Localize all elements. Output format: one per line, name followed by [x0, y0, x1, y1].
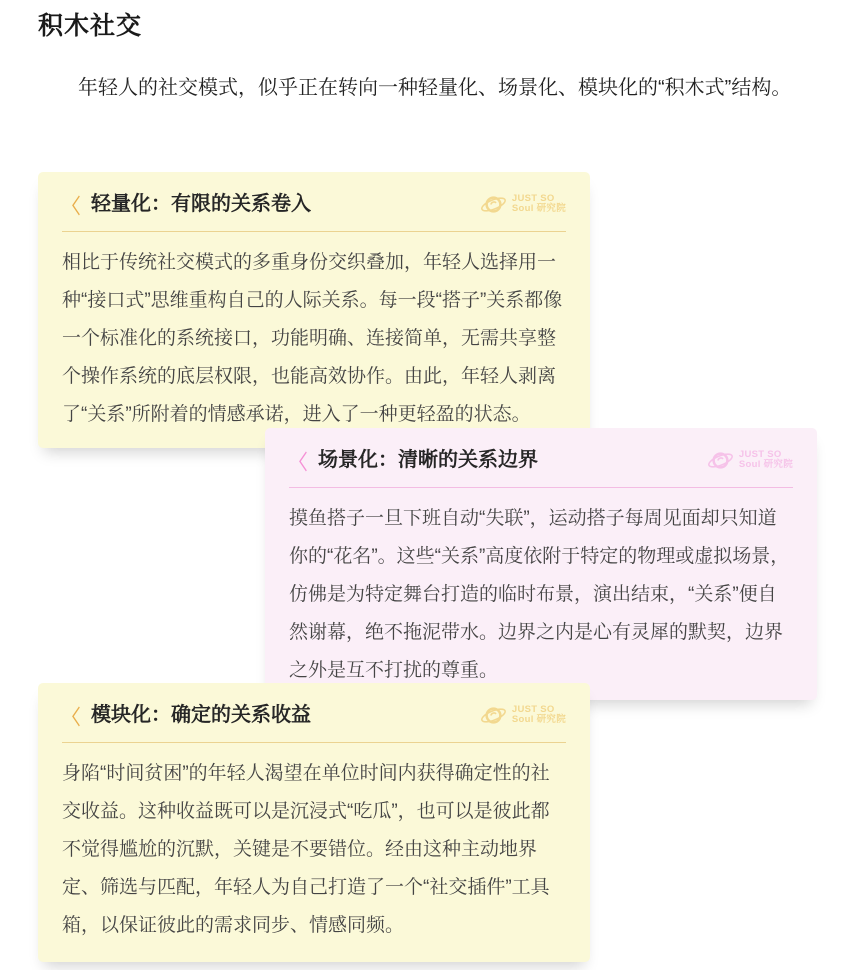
logo-line-2: Soul 研究院 [512, 204, 566, 215]
soul-lab-logo: JUST SO Soul 研究院 [707, 447, 793, 474]
planet-orbit-icon [480, 702, 507, 729]
logo-text: JUST SO Soul 研究院 [739, 450, 793, 471]
card-header: 〈 轻量化：有限的关系卷入 JUST SO Soul 研究院 [62, 189, 566, 219]
planet-orbit-icon [480, 191, 507, 218]
page-title: 积木社交 [38, 6, 142, 42]
header-divider [62, 231, 566, 232]
card-title: 轻量化：有限的关系卷入 [91, 189, 311, 219]
soul-lab-logo: JUST SO Soul 研究院 [480, 191, 566, 218]
chevron-left-icon: 〈 [291, 446, 307, 475]
card-title: 模块化：确定的关系收益 [91, 700, 311, 730]
planet-orbit-icon [707, 447, 734, 474]
card-body-text: 摸鱼搭子一旦下班自动“失联”，运动搭子每周见面却只知道你的“花名”。这些“关系”… [289, 500, 793, 690]
article-page: 积木社交 年轻人的社交模式，似乎正在转向一种轻量化、场景化、模块化的“积木式”结… [0, 0, 852, 970]
soul-lab-logo: JUST SO Soul 研究院 [480, 702, 566, 729]
logo-line-2: Soul 研究院 [739, 460, 793, 471]
chevron-left-icon: 〈 [64, 190, 80, 219]
header-divider [62, 742, 566, 743]
card-title: 场景化：清晰的关系边界 [318, 445, 538, 475]
card-lightweight: 〈 轻量化：有限的关系卷入 JUST SO Soul 研究院 相比于传统社交模式… [38, 172, 590, 448]
card-modular: 〈 模块化：确定的关系收益 JUST SO Soul 研究院 身陷“时间贫困”的… [38, 683, 590, 962]
card-scene-based: 〈 场景化：清晰的关系边界 JUST SO Soul 研究院 摸鱼搭子一旦下班自… [265, 428, 817, 700]
logo-text: JUST SO Soul 研究院 [512, 705, 566, 726]
header-divider [289, 487, 793, 488]
card-header: 〈 场景化：清晰的关系边界 JUST SO Soul 研究院 [289, 445, 793, 475]
logo-line-2: Soul 研究院 [512, 715, 566, 726]
logo-text: JUST SO Soul 研究院 [512, 194, 566, 215]
card-body-text: 相比于传统社交模式的多重身份交织叠加，年轻人选择用一种“接口式”思维重构自己的人… [62, 244, 566, 434]
chevron-left-icon: 〈 [64, 701, 80, 730]
intro-paragraph: 年轻人的社交模式，似乎正在转向一种轻量化、场景化、模块化的“积木式”结构。 [38, 68, 818, 108]
card-header: 〈 模块化：确定的关系收益 JUST SO Soul 研究院 [62, 700, 566, 730]
card-body-text: 身陷“时间贫困”的年轻人渴望在单位时间内获得确定性的社交收益。这种收益既可以是沉… [62, 755, 566, 945]
